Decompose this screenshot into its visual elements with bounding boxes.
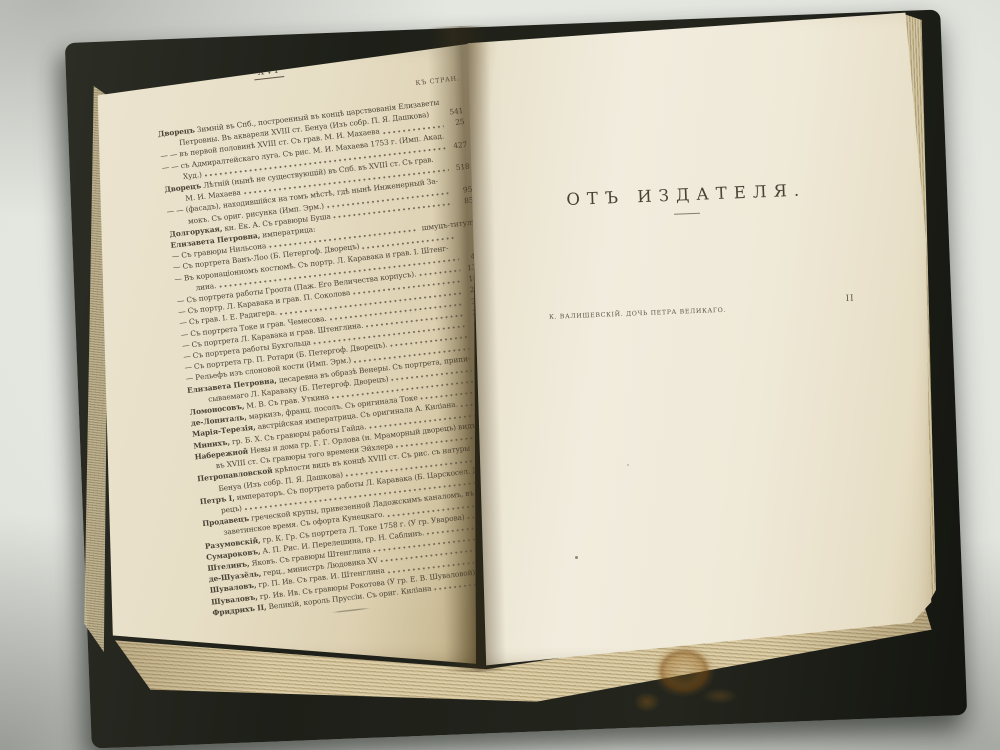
dot-leader xyxy=(442,101,459,106)
dot-leader xyxy=(461,403,476,408)
right-page: ОТЪ ИЗДАТЕЛЯ. К. ВАЛИШЕВСКІЙ. ДОЧЬ ПЕТРА… xyxy=(458,6,936,672)
page-column-heading: КЪ СТРАН. xyxy=(415,74,460,87)
flourish-rule xyxy=(331,607,371,613)
toc-list: Дворецъ Зимній въ Спб., построенный въ к… xyxy=(157,94,517,618)
paragraph xyxy=(520,222,856,235)
page-footer: К. ВАЛИШЕВСКІЙ. ДОЧЬ ПЕТРА ВЕЛИКАГО. II xyxy=(523,299,859,322)
dot-leader xyxy=(432,114,443,118)
publisher-note-body xyxy=(520,222,856,235)
speck xyxy=(575,556,578,559)
section-title: ОТЪ ИЗДАТЕЛЯ. xyxy=(518,179,854,211)
illustration-index: XVI КЪ СТРАН. Дворецъ Зимній въ Спб., по… xyxy=(152,47,518,627)
sheet-number: II xyxy=(846,294,855,304)
speck xyxy=(627,464,629,466)
publisher-note: ОТЪ ИЗДАТЕЛЯ. К. ВАЛИШЕВСКІЙ. ДОЧЬ ПЕТРА… xyxy=(518,179,859,323)
toc-page-ref: 25 xyxy=(446,116,465,129)
toc-page-ref: 518 xyxy=(451,161,470,174)
photo-backdrop: XVI КЪ СТРАН. Дворецъ Зимній въ Спб., по… xyxy=(0,0,1000,750)
toc-page-ref: 85 xyxy=(455,194,474,207)
footer-signature: К. ВАЛИШЕВСКІЙ. ДОЧЬ ПЕТРА ВЕЛИКАГО. xyxy=(549,307,726,321)
toc-page-ref: 427 xyxy=(449,139,468,152)
paragraph xyxy=(520,222,856,235)
dot-leader xyxy=(447,134,463,139)
left-page: XVI КЪ СТРАН. Дворецъ Зимній въ Спб., по… xyxy=(88,42,476,670)
title-rule xyxy=(674,213,700,215)
